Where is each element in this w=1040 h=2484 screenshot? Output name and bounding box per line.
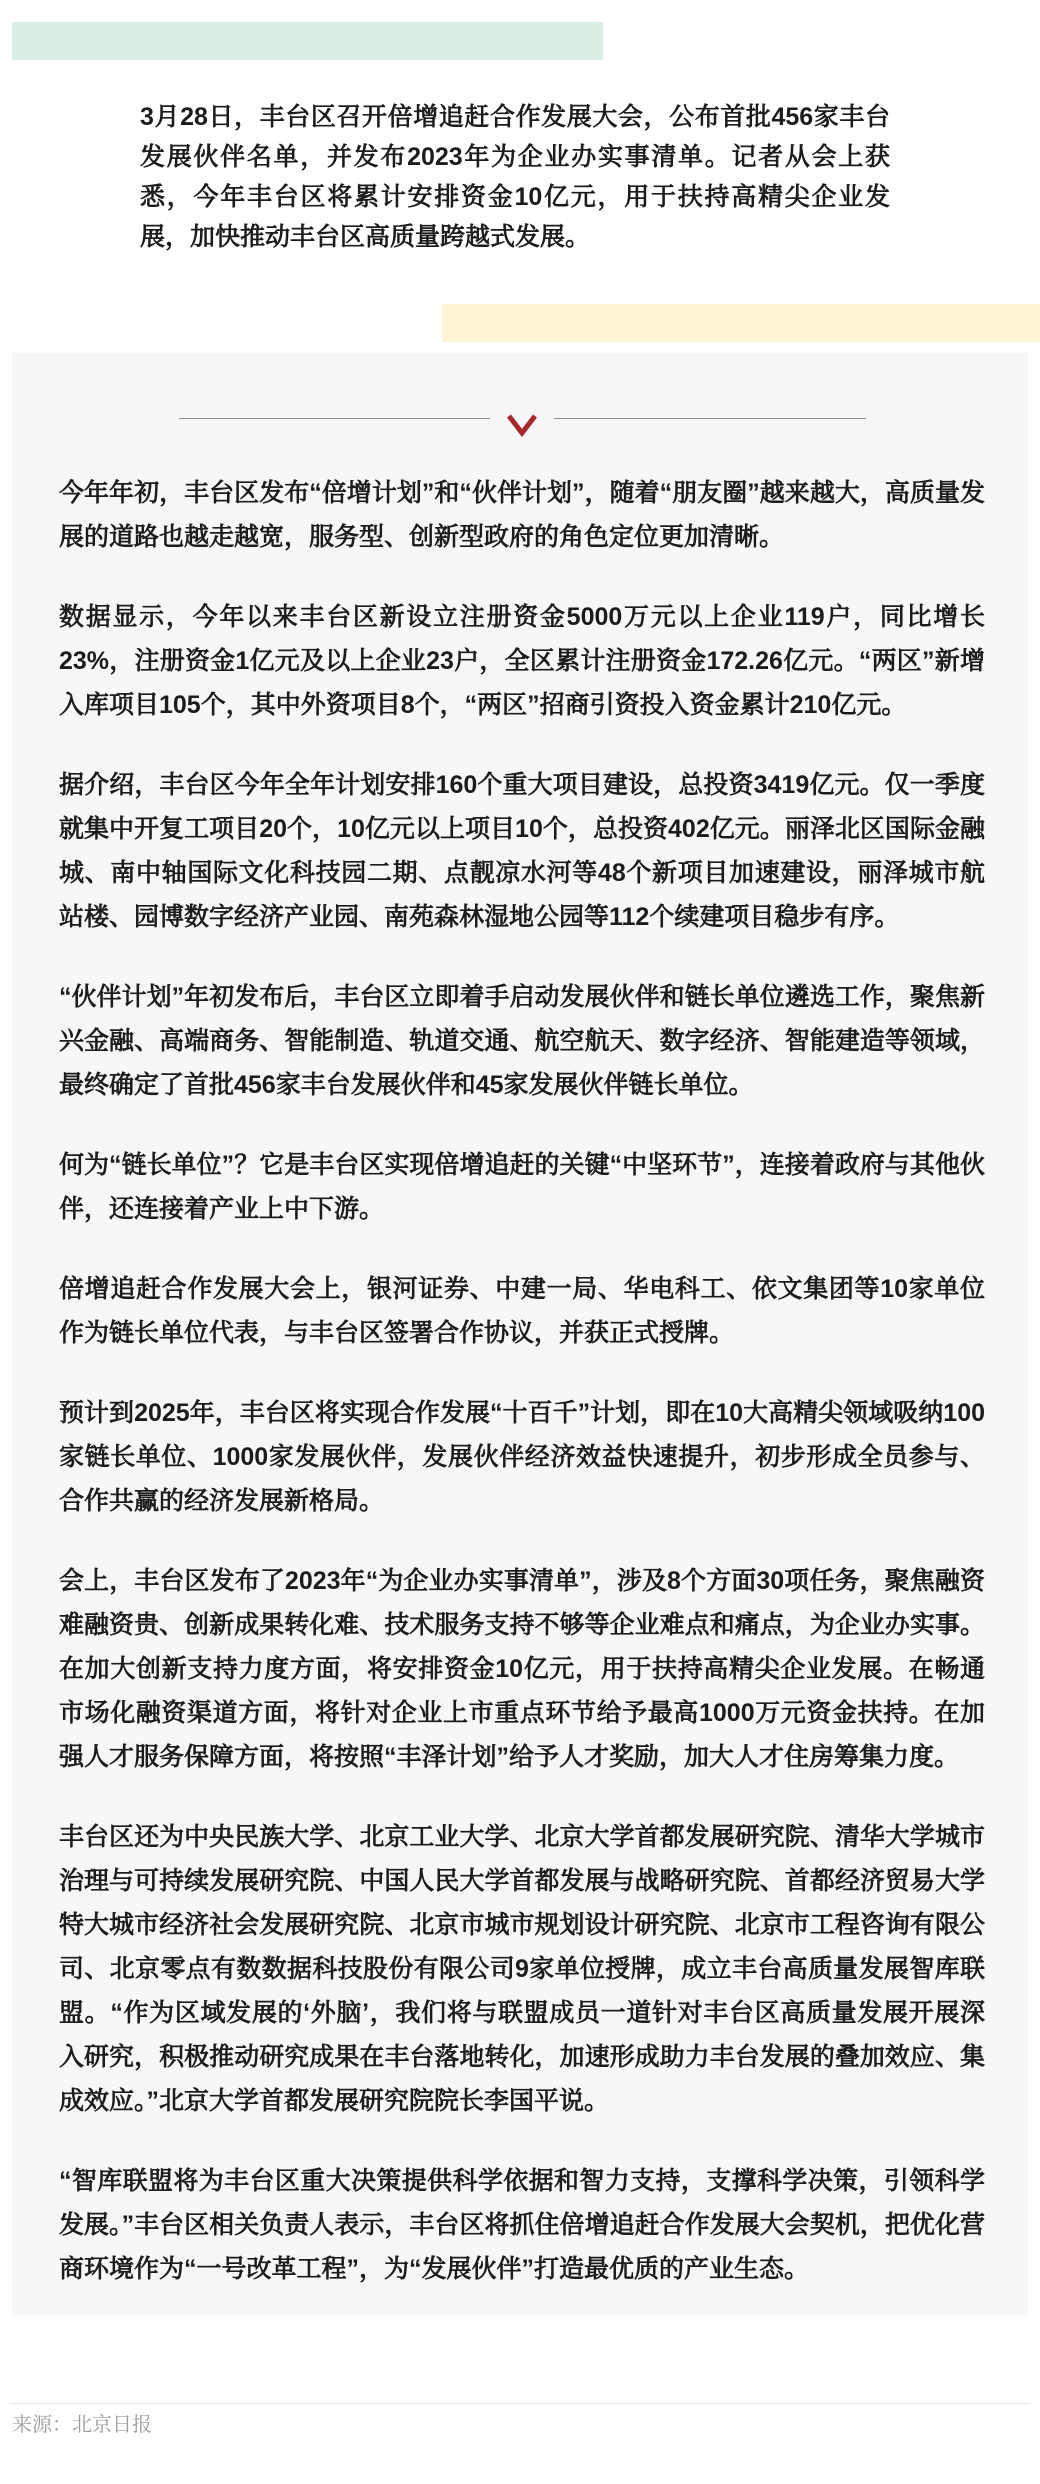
paragraph: 丰台区还为中央民族大学、北京工业大学、北京大学首都发展研究院、清华大学城市治理与… bbox=[59, 1815, 985, 2123]
article-card: 今年年初，丰台区发布“倍增计划”和“伙伴计划”，随着“朋友圈”越来越大，高质量发… bbox=[12, 353, 1028, 2315]
paragraph: 预计到2025年，丰台区将实现合作发展“十百千”计划，即在10大高精尖领域吸纳1… bbox=[59, 1391, 985, 1523]
divider-line-left bbox=[179, 418, 491, 419]
source-credit: 来源：北京日报 bbox=[12, 2413, 1040, 2437]
intro-paragraph: 3月28日，丰台区召开倍增追赶合作发展大会，公布首批456家丰台发展伙伴名单，并… bbox=[140, 97, 890, 257]
article-page: 3月28日，丰台区召开倍增追赶合作发展大会，公布首批456家丰台发展伙伴名单，并… bbox=[0, 22, 1040, 2437]
paragraph: 会上，丰台区发布了2023年“为企业办实事清单”，涉及8个方面30项任务，聚焦融… bbox=[59, 1559, 985, 1779]
paragraph: 今年年初，丰台区发布“倍增计划”和“伙伴计划”，随着“朋友圈”越来越大，高质量发… bbox=[59, 471, 985, 559]
section-divider bbox=[179, 405, 866, 431]
paragraph: 数据显示，今年以来丰台区新设立注册资金5000万元以上企业119户，同比增长23… bbox=[59, 595, 985, 727]
paragraph: 何为“链长单位”？它是丰台区实现倍增追赶的关键“中坚环节”，连接着政府与其他伙伴… bbox=[59, 1143, 985, 1231]
paragraph: 据介绍，丰台区今年全年计划安排160个重大项目建设，总投资3419亿元。仅一季度… bbox=[59, 763, 985, 939]
paragraph: “伙伴计划”年初发布后，丰台区立即着手启动发展伙伴和链长单位遴选工作，聚焦新兴金… bbox=[59, 975, 985, 1107]
paragraph: “智库联盟将为丰台区重大决策提供科学依据和智力支持，支撑科学决策，引领科学发展。… bbox=[59, 2159, 985, 2291]
article-body: 今年年初，丰台区发布“倍增计划”和“伙伴计划”，随着“朋友圈”越来越大，高质量发… bbox=[59, 471, 985, 2291]
yellow-highlight-bar bbox=[442, 304, 1040, 342]
green-highlight-bar bbox=[12, 22, 603, 60]
footer-divider bbox=[10, 2403, 1030, 2404]
paragraph: 倍增追赶合作发展大会上，银河证券、中建一局、华电科工、依文集团等10家单位作为链… bbox=[59, 1267, 985, 1355]
chevron-down-icon bbox=[506, 413, 538, 437]
divider-line-right bbox=[554, 418, 866, 419]
